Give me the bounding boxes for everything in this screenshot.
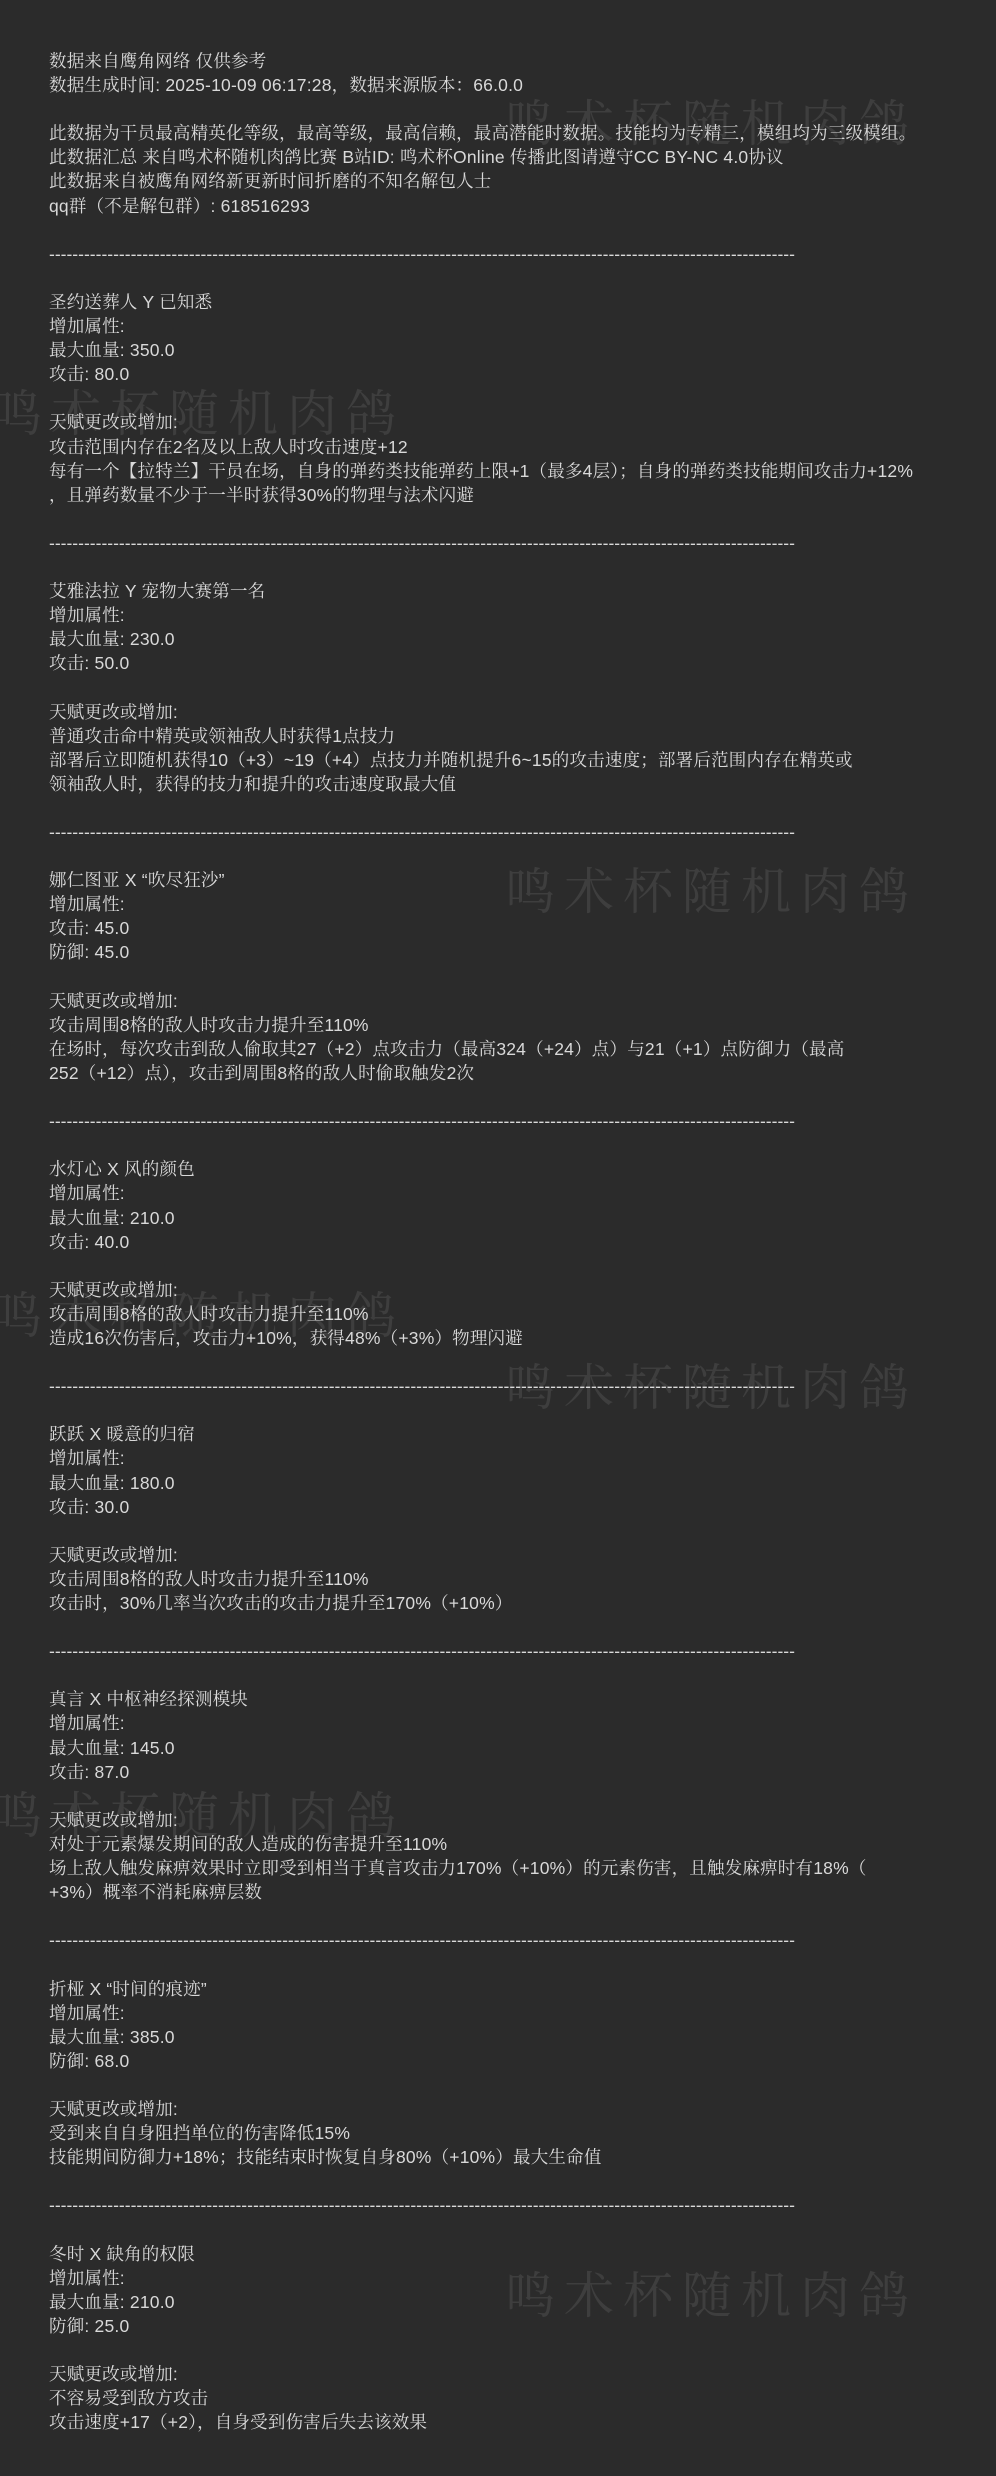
blank-line	[49, 675, 996, 699]
stat-line: 最大血量: 385.0	[49, 2025, 996, 2049]
blank-line	[49, 386, 996, 410]
blank-line	[49, 844, 996, 868]
talent-line: 场上敌人触发麻痹效果时立即受到相当于真言攻击力170%（+10%）的元素伤害，且…	[49, 1856, 996, 1880]
talent-line: 不容易受到敌方攻击	[49, 2386, 996, 2410]
blank-line	[49, 796, 996, 820]
talent-header-label: 天赋更改或增加:	[49, 989, 996, 1013]
section-title: 真言 X 中枢神经探测模块	[49, 1687, 996, 1711]
blank-line	[49, 507, 996, 531]
blank-line	[49, 1398, 996, 1422]
blank-line	[49, 1663, 996, 1687]
stat-line: 防御: 25.0	[49, 2314, 996, 2338]
attr-header-label: 增加属性:	[49, 2001, 996, 2025]
stat-line: 防御: 68.0	[49, 2049, 996, 2073]
section-title: 水灯心 X 风的颜色	[49, 1157, 996, 1181]
section-title: 折桠 X “时间的痕迹”	[49, 1977, 996, 2001]
attr-header-label: 增加属性:	[49, 314, 996, 338]
stat-line: 攻击: 50.0	[49, 651, 996, 675]
blank-line	[49, 1952, 996, 1976]
talent-line: 部署后立即随机获得10（+3）~19（+4）点技力并随机提升6~15的攻击速度；…	[49, 748, 996, 772]
separator-line: ----------------------------------------…	[49, 1109, 996, 1133]
blank-line	[49, 2073, 996, 2097]
talent-line: 攻击范围内存在2名及以上敌人时攻击速度+12	[49, 435, 996, 459]
section-title: 艾雅法拉 Y 宠物大赛第一名	[49, 579, 996, 603]
blank-line	[49, 1085, 996, 1109]
blank-line	[49, 2169, 996, 2193]
talent-line: 攻击周围8格的敌人时攻击力提升至110%	[49, 1567, 996, 1591]
stat-line: 最大血量: 230.0	[49, 627, 996, 651]
separator-line: ----------------------------------------…	[49, 2193, 996, 2217]
stat-line: 攻击: 87.0	[49, 1760, 996, 1784]
blank-line	[49, 218, 996, 242]
blank-line	[49, 965, 996, 989]
blank-line	[49, 1133, 996, 1157]
talent-line: 普通攻击命中精英或领袖敌人时获得1点技力	[49, 724, 996, 748]
section-title: 冬时 X 缺角的权限	[49, 2242, 996, 2266]
stat-line: 最大血量: 350.0	[49, 338, 996, 362]
talent-header-label: 天赋更改或增加:	[49, 1808, 996, 1832]
talent-line: 252（+12）点），攻击到周围8格的敌人时偷取触发2次	[49, 1061, 996, 1085]
stat-line: 防御: 45.0	[49, 940, 996, 964]
talent-line: 领袖敌人时，获得的技力和提升的攻击速度取最大值	[49, 772, 996, 796]
header-line: 此数据为干员最高精英化等级，最高等级，最高信赖，最高潜能时数据。技能均为专精三，…	[49, 121, 996, 145]
header-line: 数据生成时间: 2025-10-09 06:17:28，数据来源版本：66.0.…	[49, 73, 996, 97]
talent-header-label: 天赋更改或增加:	[49, 2097, 996, 2121]
talent-line: 造成16次伤害后，攻击力+10%，获得48%（+3%）物理闪避	[49, 1326, 996, 1350]
talent-line: 对处于元素爆发期间的敌人造成的伤害提升至110%	[49, 1832, 996, 1856]
talent-line: 攻击周围8格的敌人时攻击力提升至110%	[49, 1013, 996, 1037]
separator-line: ----------------------------------------…	[49, 820, 996, 844]
header-line: 此数据来自被鹰角网络新更新时间折磨的不知名解包人士	[49, 169, 996, 193]
section-title: 跃跃 X 暖意的归宿	[49, 1422, 996, 1446]
blank-line	[49, 1254, 996, 1278]
talent-header-label: 天赋更改或增加:	[49, 2362, 996, 2386]
blank-line	[49, 97, 996, 121]
blank-line	[49, 2217, 996, 2241]
attr-header-label: 增加属性:	[49, 2266, 996, 2290]
stat-line: 攻击: 40.0	[49, 1230, 996, 1254]
talent-line: 每有一个【拉特兰】干员在场，自身的弹药类技能弹药上限+1（最多4层）；自身的弹药…	[49, 459, 996, 483]
stat-line: 攻击: 30.0	[49, 1495, 996, 1519]
blank-line	[49, 1784, 996, 1808]
blank-line	[49, 1615, 996, 1639]
stat-line: 最大血量: 210.0	[49, 2290, 996, 2314]
separator-line: ----------------------------------------…	[49, 531, 996, 555]
talent-line: ，且弹药数量不少于一半时获得30%的物理与法术闪避	[49, 483, 996, 507]
separator-line: ----------------------------------------…	[49, 242, 996, 266]
talent-line: 受到来自自身阻挡单位的伤害降低15%	[49, 2121, 996, 2145]
stat-line: 最大血量: 180.0	[49, 1471, 996, 1495]
blank-line	[49, 266, 996, 290]
separator-line: ----------------------------------------…	[49, 1928, 996, 1952]
talent-line: 在场时，每次攻击到敌人偷取其27（+2）点攻击力（最高324（+24）点）与21…	[49, 1037, 996, 1061]
attr-header-label: 增加属性:	[49, 1711, 996, 1735]
header-line: 数据来自鹰角网络 仅供参考	[49, 49, 996, 73]
talent-header-label: 天赋更改或增加:	[49, 700, 996, 724]
stat-line: 攻击: 80.0	[49, 362, 996, 386]
separator-line: ----------------------------------------…	[49, 1374, 996, 1398]
header-line: qq群（不是解包群）: 618516293	[49, 194, 996, 218]
stat-line: 最大血量: 210.0	[49, 1206, 996, 1230]
blank-line	[49, 1904, 996, 1928]
talent-header-label: 天赋更改或增加:	[49, 410, 996, 434]
attr-header-label: 增加属性:	[49, 892, 996, 916]
blank-line	[49, 1519, 996, 1543]
attr-header-label: 增加属性:	[49, 1446, 996, 1470]
attr-header-label: 增加属性:	[49, 603, 996, 627]
talent-line: 技能期间防御力+18%；技能结束时恢复自身80%（+10%）最大生命值	[49, 2145, 996, 2169]
separator-line: ----------------------------------------…	[49, 1639, 996, 1663]
report-content: 数据来自鹰角网络 仅供参考数据生成时间: 2025-10-09 06:17:28…	[0, 0, 996, 2434]
blank-line	[49, 555, 996, 579]
report-page: 鸣术杯随机肉鸽鸣术杯随机肉鸽鸣术杯随机肉鸽鸣术杯随机肉鸽鸣术杯随机肉鸽鸣术杯随机…	[0, 0, 996, 2476]
section-title: 圣约送葬人 Y 已知悉	[49, 290, 996, 314]
talent-header-label: 天赋更改或增加:	[49, 1278, 996, 1302]
talent-line: 攻击速度+17（+2），自身受到伤害后失去该效果	[49, 2410, 996, 2434]
stat-line: 最大血量: 145.0	[49, 1736, 996, 1760]
talent-line: +3%）概率不消耗麻痹层数	[49, 1880, 996, 1904]
stat-line: 攻击: 45.0	[49, 916, 996, 940]
blank-line	[49, 1350, 996, 1374]
blank-line	[49, 2338, 996, 2362]
talent-line: 攻击周围8格的敌人时攻击力提升至110%	[49, 1302, 996, 1326]
attr-header-label: 增加属性:	[49, 1181, 996, 1205]
section-title: 娜仁图亚 X “吹尽狂沙”	[49, 868, 996, 892]
talent-header-label: 天赋更改或增加:	[49, 1543, 996, 1567]
header-line: 此数据汇总 来自鸣术杯随机肉鸽比赛 B站ID: 鸣术杯Online 传播此图请遵…	[49, 145, 996, 169]
talent-line: 攻击时，30%几率当次攻击的攻击力提升至170%（+10%）	[49, 1591, 996, 1615]
